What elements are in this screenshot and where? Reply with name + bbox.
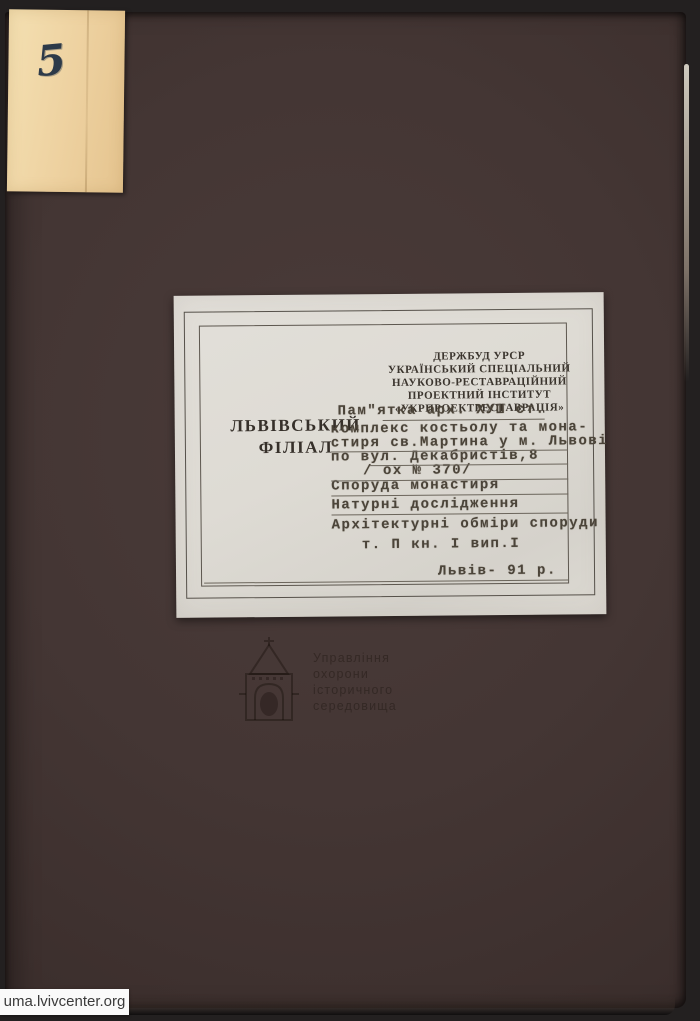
typed-volume-info: т. П кн. І вип.І bbox=[362, 536, 521, 553]
typed-survey-type: Архітектурні обміри споруди bbox=[332, 515, 599, 533]
tower-church-icon bbox=[237, 636, 301, 724]
stamp-text-line: середовища bbox=[313, 698, 397, 714]
site-watermark: uma.lvivcenter.org bbox=[0, 989, 129, 1015]
stamp-text-line: історичного bbox=[313, 682, 397, 698]
site-watermark-text: uma.lvivcenter.org bbox=[4, 993, 126, 1010]
tag-crease-line bbox=[85, 10, 89, 192]
archive-label: ДЕРЖБУД УРСР УКРАЇНСЬКИЙ СПЕЦІАЛЬНИЙ НАУ… bbox=[174, 292, 607, 618]
page-edge-strip bbox=[684, 64, 689, 382]
heritage-office-watermark: Управління охорони історичного середовищ… bbox=[237, 636, 527, 728]
typed-research-type: Натурні дослідження bbox=[331, 496, 519, 514]
stamp-text-line: Управління bbox=[313, 650, 397, 666]
shelf-number: 5 bbox=[34, 35, 68, 86]
typed-monument-title: Пам"ятка арх. ХУШ ст. bbox=[338, 402, 546, 420]
shelf-tag: 5 bbox=[7, 9, 125, 192]
stamp-text-line: охорони bbox=[313, 666, 397, 682]
typed-city-year: Львів- 91 р. bbox=[438, 563, 557, 580]
institute-line: УКРАЇНСЬКИЙ СПЕЦІАЛЬНИЙ bbox=[349, 362, 609, 377]
heritage-office-name: Управління охорони історичного середовищ… bbox=[313, 650, 397, 714]
